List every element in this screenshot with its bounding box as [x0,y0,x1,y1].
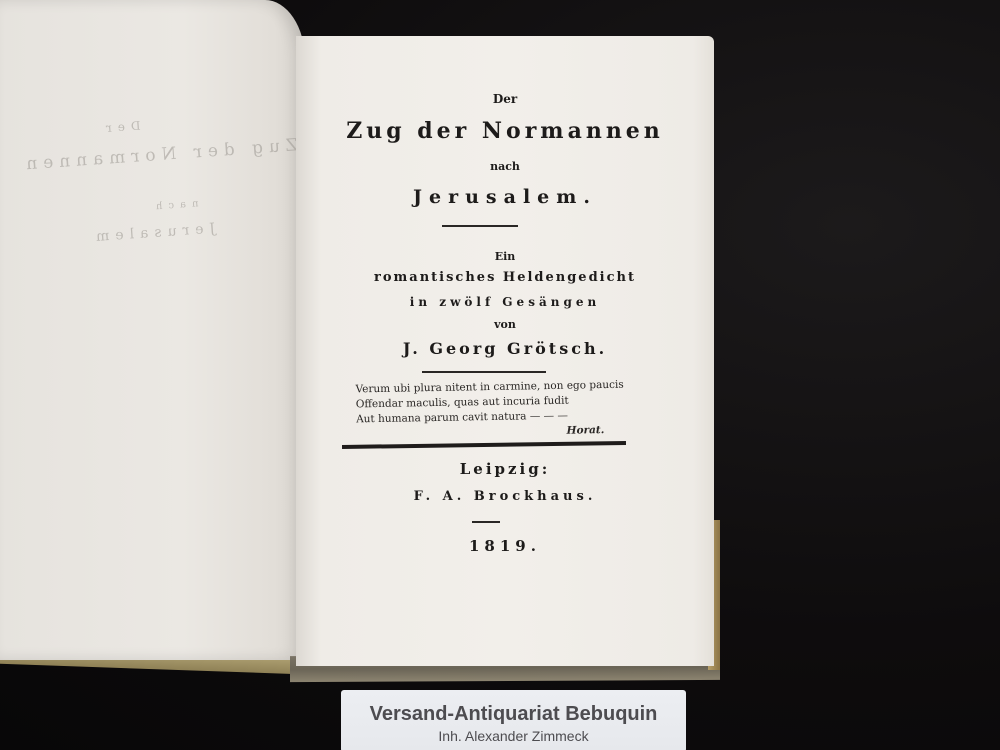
left-blank-page: Der Zug der Normannen nach Jerusalem [0,0,305,660]
show-through-text: nach [150,198,199,212]
subtitle-line-1: romantisches Heldengedicht [296,270,714,285]
subtitle-line-2: in zwölf Gesängen [296,295,714,309]
publication-year: 1819. [296,537,714,555]
book-title: Zug der Normannen [296,118,714,144]
show-through-text: Zug der Normannen [20,135,299,174]
title-article: Der [296,92,714,106]
author-name: J. Georg Grötsch. [296,339,714,358]
show-through-text: Jerusalem [90,221,216,246]
publisher: F. A. Brockhaus. [296,489,714,504]
dealer-name: Versand-Antiquariat Bebuquin [341,703,686,726]
divider-rule [422,371,546,373]
short-rule [472,521,500,523]
author-by: von [296,318,714,331]
ornament-rule [442,225,518,227]
title-place: Jerusalem. [296,186,714,208]
dealer-owner: Inh. Alexander Zimmeck [341,728,686,744]
show-through-text: Der [100,119,141,136]
title-preposition: nach [296,160,714,173]
latin-motto: Verum ubi plura nitent in carmine, non e… [355,378,628,443]
subtitle-intro: Ein [296,250,714,263]
dealer-label: Versand-Antiquariat Bebuquin Inh. Alexan… [341,690,686,750]
publication-city: Leipzig: [296,460,714,478]
